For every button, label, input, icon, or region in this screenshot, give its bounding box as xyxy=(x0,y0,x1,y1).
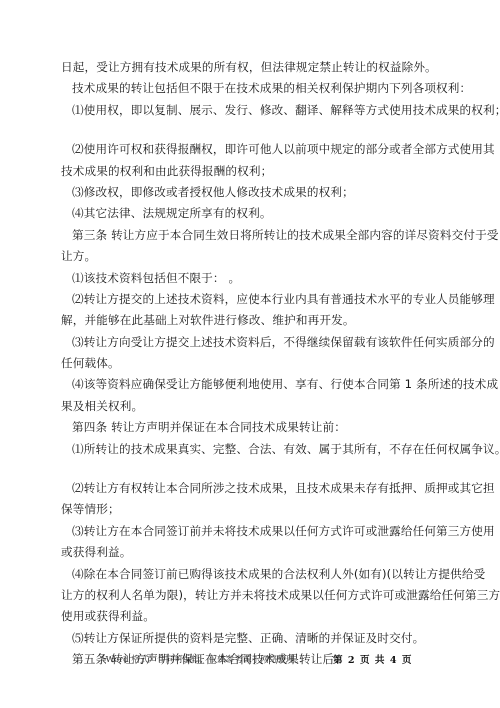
page-footer: （Word 格式）合同可编辑，仅供参考源于网络整理。 第 2 页 共 4 页 xyxy=(97,653,407,669)
list-item-use-right: ⑴使用权，即以复制、展示、发行、修改、翻译、解释等方式使用技术成果的权利； xyxy=(61,100,441,121)
list-item: ⑷除在本合同签订前已购得该技术成果的合法权利人外(如有)(以转让方提供给受 xyxy=(61,564,441,585)
document-body: 日起，受让方拥有技术成果的所有权，但法律规定禁止转让的权益除外。 技术成果的转让… xyxy=(61,57,441,671)
list-item-modify-right: ⑶修改权，即修改或者授权他人修改技术成果的权利； xyxy=(61,182,441,203)
list-item: ⑴所转让的技术成果真实、完整、合法、有效、属于其所有，不存在任何权属争议。 xyxy=(61,439,441,460)
paragraph-line: 日起，受让方拥有技术成果的所有权，但法律规定禁止转让的权益除外。 xyxy=(61,57,441,78)
list-item: ⑶转让方在本合同签订前并未将技术成果以任何方式许可或泄露给任何第三方使用 xyxy=(61,521,441,542)
paragraph-line: 让方的权利人名单为限)，转让方并未将技术成果以任何方式许可或泄露给任何第三方 xyxy=(61,585,441,606)
document-page: 日起，受让方拥有技术成果的所有权，但法律规定禁止转让的权益除外。 技术成果的转让… xyxy=(0,0,500,708)
paragraph-line: 让方。 xyxy=(61,246,441,267)
list-item: ⑵转让方提交的上述技术资料，应使本行业内具有普通技术水平的专业人员能够理 xyxy=(61,289,441,310)
blank-line xyxy=(61,121,441,139)
blank-line xyxy=(61,460,441,478)
list-item: ⑸转让方保证所提供的资料是完整、正确、清晰的并保证及时交付。 xyxy=(61,628,441,649)
list-item: ⑶转让方向受让方提交上述技术资料后，不得继续保留载有该软件任何实质部分的 xyxy=(61,332,441,353)
paragraph-line: 技术成果的权利和由此获得报酬的权利； xyxy=(61,161,441,182)
paragraph-line: 果及相关权利。 xyxy=(61,396,441,417)
list-item: ⑴该技术资料包括但不限于： 。 xyxy=(61,268,441,289)
paragraph-line: 技术成果的转让包括但不限于在技术成果的相关权利保护期内下列各项权利： xyxy=(61,78,441,99)
list-item: ⑷该等资料应确保受让方能够便利地使用、享有、行使本合同第 1 条所述的技术成 xyxy=(61,374,441,395)
paragraph-line: 使用或获得利益。 xyxy=(61,606,441,627)
paragraph-line: 任何载体。 xyxy=(61,353,441,374)
page-indicator: 第 2 页 共 4 页 xyxy=(333,652,411,666)
paragraph-line: 解，并能够在此基础上对软件进行修改、维护和再开发。 xyxy=(61,310,441,331)
paragraph-line: 或获得利益。 xyxy=(61,542,441,563)
paragraph-line: 保等情形； xyxy=(61,499,441,520)
list-item: ⑵转让方有权转让本合同所涉之技术成果，且技术成果未存有抵押、质押或其它担 xyxy=(61,478,441,499)
footer-note: （Word 格式）合同可编辑，仅供参考源于网络整理。 xyxy=(97,653,303,665)
article-3-heading: 第三条 转让方应于本合同生效日将所转让的技术成果全部内容的详尽资料交付于受 xyxy=(61,225,441,246)
article-4-heading: 第四条 转让方声明并保证在本合同技术成果转让前： xyxy=(61,417,441,438)
list-item-other-rights: ⑷其它法律、法规规定所享有的权利。 xyxy=(61,203,441,224)
list-item-license-right: ⑵使用许可权和获得报酬权，即许可他人以前项中规定的部分或者全部方式使用其 xyxy=(61,139,441,160)
